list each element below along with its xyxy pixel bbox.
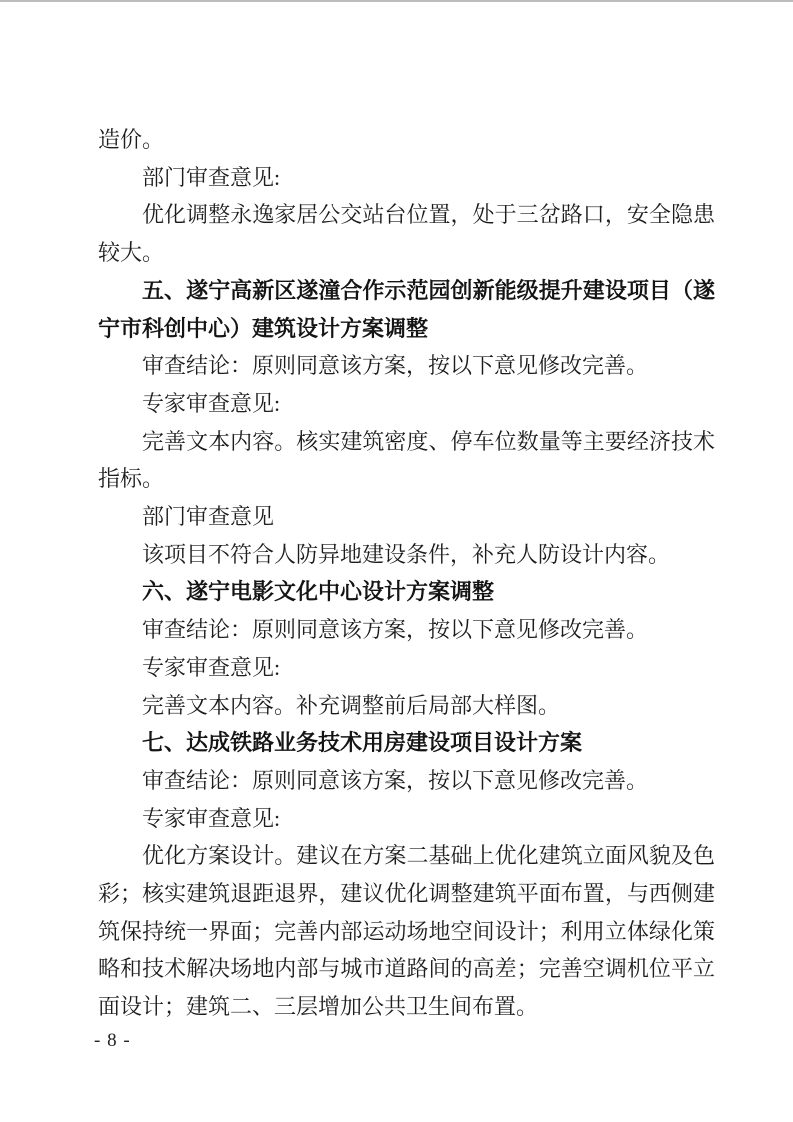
label-department-review: 部门审查意见 [98,498,715,536]
label-expert-review: 专家审查意见: [98,649,715,687]
paragraph-continuation: 造价。 [98,121,715,159]
scan-edge-line [0,0,793,2]
document-body: 造价。 部门审查意见: 优化调整永逸家居公交站台位置，处于三岔路口，安全隐患较大… [98,121,715,1026]
section-heading-6: 六、遂宁电影文化中心设计方案调整 [98,573,715,611]
paragraph-expert-opinion: 优化方案设计。建议在方案二基础上优化建筑立面风貌及色彩；核实建筑退距退界，建议优… [98,837,715,1026]
label-expert-review: 专家审查意见: [98,800,715,838]
page-number: - 8 - [94,1029,131,1053]
section-heading-5: 五、遂宁高新区遂潼合作示范园创新能级提升建设项目（遂宁市科创中心）建筑设计方案调… [98,272,715,347]
paragraph-review-conclusion: 审查结论：原则同意该方案，按以下意见修改完善。 [98,762,715,800]
paragraph-department-opinion: 该项目不符合人防异地建设条件，补充人防设计内容。 [98,536,715,574]
section-heading-7: 七、达成铁路业务技术用房建设项目设计方案 [98,724,715,762]
paragraph-expert-opinion: 完善文本内容。核实建筑密度、停车位数量等主要经济技术指标。 [98,423,715,498]
label-expert-review: 专家审查意见: [98,385,715,423]
paragraph-review-conclusion: 审查结论：原则同意该方案，按以下意见修改完善。 [98,347,715,385]
paragraph-review-conclusion: 审查结论：原则同意该方案，按以下意见修改完善。 [98,611,715,649]
paragraph-department-opinion: 优化调整永逸家居公交站台位置，处于三岔路口，安全隐患较大。 [98,196,715,271]
paragraph-expert-opinion: 完善文本内容。补充调整前后局部大样图。 [98,687,715,725]
label-department-review: 部门审查意见: [98,159,715,197]
document-page: 造价。 部门审查意见: 优化调整永逸家居公交站台位置，处于三岔路口，安全隐患较大… [0,0,793,1122]
